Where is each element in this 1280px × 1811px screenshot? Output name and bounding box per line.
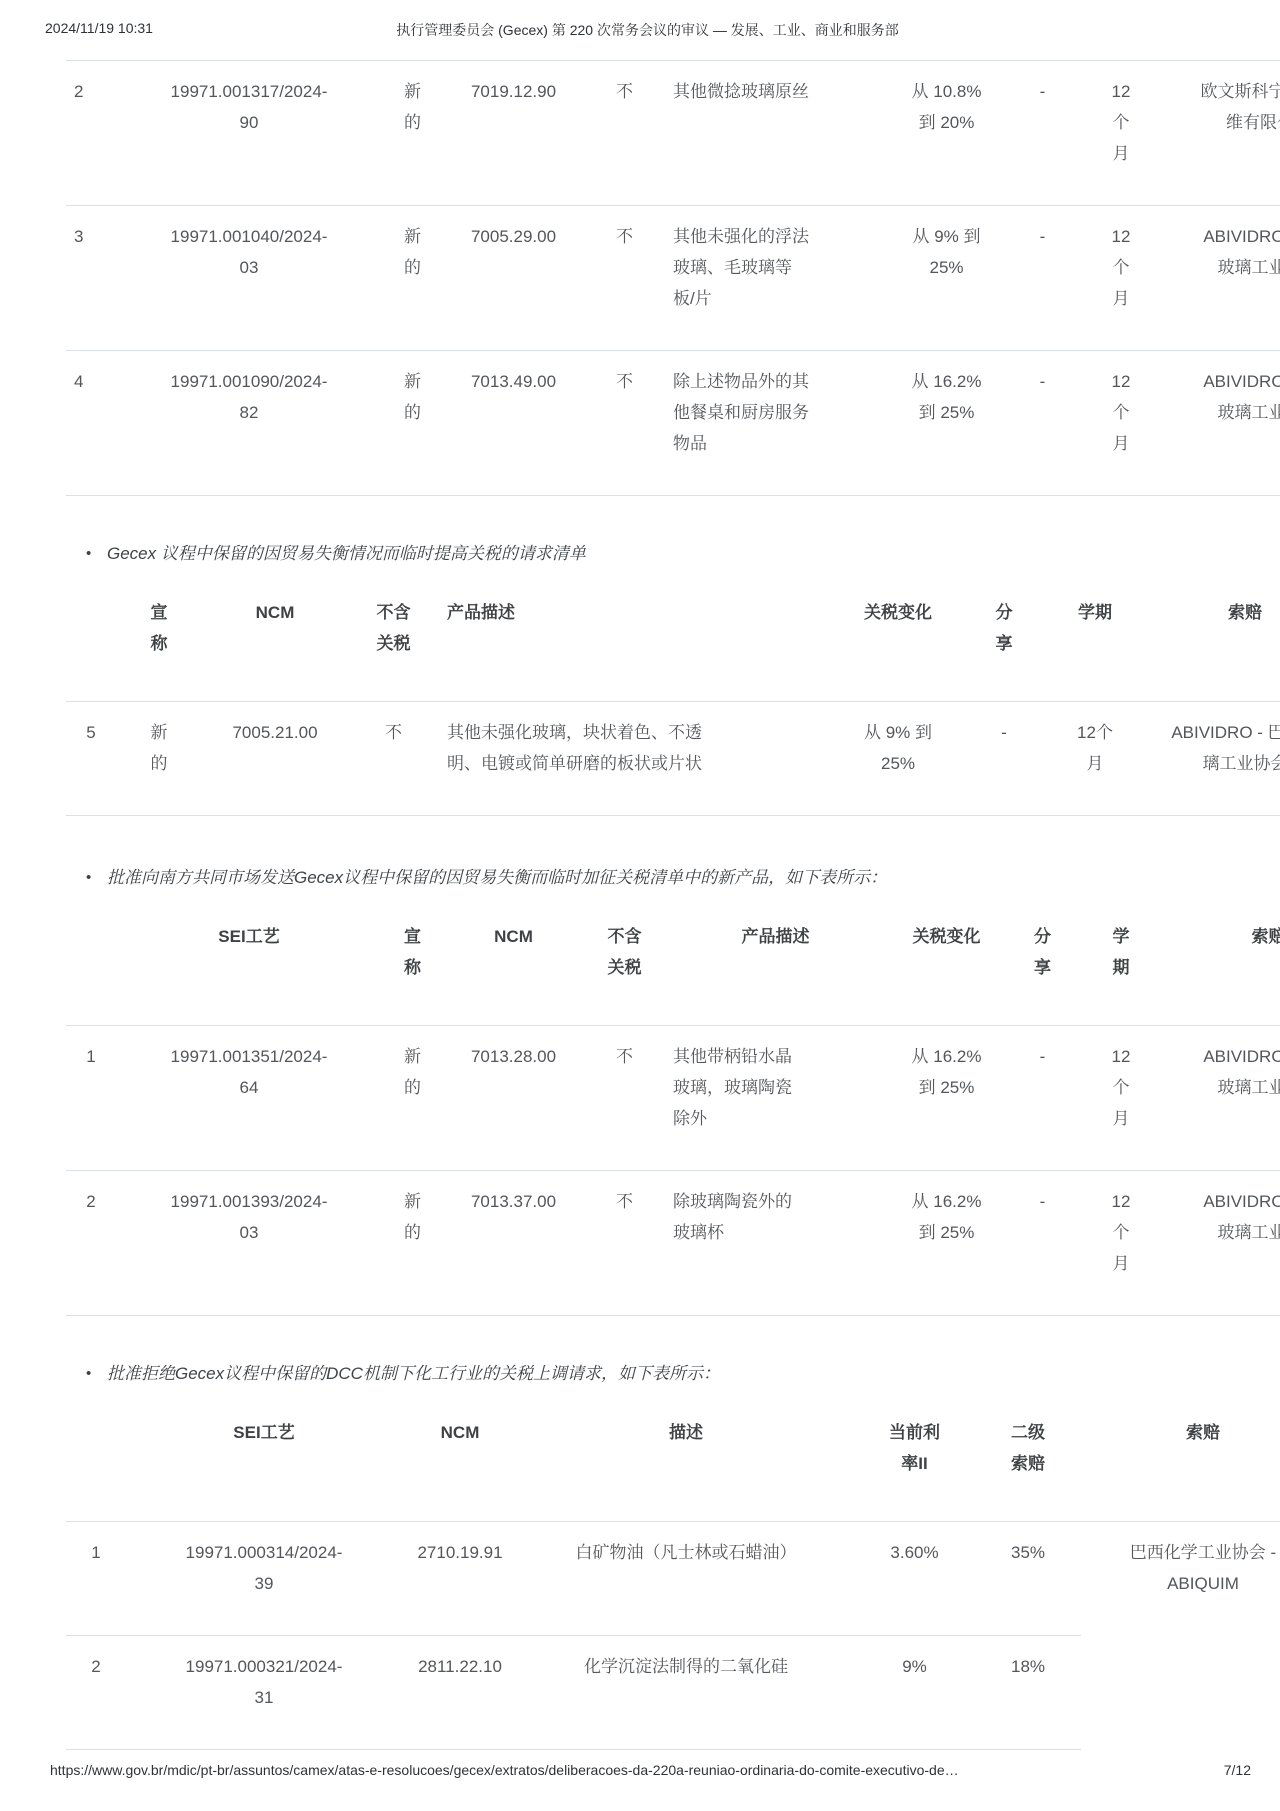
table-cell: 从 16.2% 到 25%	[886, 351, 1007, 496]
column-header: 关税变化	[886, 908, 1007, 1026]
table-cell: 19971.000321/2024- 31	[126, 1636, 402, 1750]
table-cell: 4	[66, 351, 116, 496]
column-header: NCM	[443, 908, 584, 1026]
table-cell: 不	[348, 702, 439, 816]
table-cell: 白矿物油（凡士林或石蜡油）	[518, 1522, 854, 1636]
table-cell: 12 个 月	[1078, 206, 1164, 351]
source-url: https://www.gov.br/mdic/pt-br/assuntos/c…	[50, 1762, 959, 1778]
table-cell: 7013.28.00	[443, 1026, 584, 1171]
table-cell: 19971.001317/2024- 90	[116, 61, 382, 206]
table-cell: 19971.000314/2024- 39	[126, 1522, 402, 1636]
table-cell: 不	[584, 206, 665, 351]
table-cell: 从 9% 到 25%	[845, 702, 951, 816]
table-cell: 欧文斯科宁玻璃纤 维有限公司	[1164, 61, 1280, 206]
table-cell: 1	[66, 1522, 126, 1636]
column-header: 宣 称	[116, 584, 202, 702]
column-header: 不含 关税	[584, 908, 665, 1026]
table-cell: 7005.29.00	[443, 206, 584, 351]
bullet-item: • Gecex 议程中保留的因贸易失衡情况而临时提高关税的请求清单	[66, 540, 1213, 568]
table-cell: 7005.21.00	[202, 702, 348, 816]
table-row: 219971.001317/2024- 90新 的7019.12.90不其他微捻…	[66, 61, 1280, 206]
column-header: 索赔	[1133, 584, 1280, 702]
table-cell: ABIVIDRO - 巴西 玻璃工业协会	[1164, 351, 1280, 496]
column-header: 索赔	[1081, 1404, 1280, 1522]
table-cell: 巴西化学工业协会 - ABIQUIM	[1081, 1522, 1280, 1750]
table-cell: 化学沉淀法制得的二氧化硅	[518, 1636, 854, 1750]
table-cell: 不	[584, 1026, 665, 1171]
table-cell: 从 10.8% 到 20%	[886, 61, 1007, 206]
table-cell: 不	[584, 61, 665, 206]
column-header: 宣 称	[382, 908, 443, 1026]
table-cell: ABIVIDRO - 巴西 玻璃工业协会	[1164, 1026, 1280, 1171]
column-header: 学 期	[1078, 908, 1164, 1026]
table-cell: 7013.49.00	[443, 351, 584, 496]
table-cell: -	[1007, 61, 1078, 206]
header-row: SEI工艺NCM描述当前利 率II二级 索赔索赔	[66, 1404, 1280, 1522]
column-header: SEI工艺	[116, 908, 382, 1026]
table-cell: 12个 月	[1057, 702, 1133, 816]
table-cell: 1	[66, 1026, 116, 1171]
table-cell: 新 的	[382, 351, 443, 496]
table-cell: 18%	[975, 1636, 1081, 1750]
table-cell: 19971.001393/2024- 03	[116, 1171, 382, 1316]
table-cell: 新 的	[382, 206, 443, 351]
table-cell: 19971.001351/2024- 64	[116, 1026, 382, 1171]
column-header	[66, 1404, 126, 1522]
table-cell: 2	[66, 61, 116, 206]
table-row: 419971.001090/2024- 82新 的7013.49.00不除上述物…	[66, 351, 1280, 496]
header-row: 宣 称NCM不含 关税产品描述关税变化分 享学期索赔	[66, 584, 1280, 702]
column-header: 关税变化	[845, 584, 951, 702]
column-header: SEI工艺	[126, 1404, 402, 1522]
print-datetime: 2024/11/19 10:31	[45, 20, 153, 36]
table-cell: 5	[66, 702, 116, 816]
document-content: 219971.001317/2024- 90新 的7019.12.90不其他微捻…	[66, 60, 1213, 1750]
print-header: 2024/11/19 10:31 执行管理委员会 (Gecex) 第 220 次…	[45, 20, 1250, 42]
table-cell: 2	[66, 1171, 116, 1316]
table-trade-imbalance-temporary-increase-list: 宣 称NCM不含 关税产品描述关税变化分 享学期索赔5新 的7005.21.00…	[66, 584, 1280, 816]
table-cell: 12 个 月	[1078, 61, 1164, 206]
column-header: 分 享	[1007, 908, 1078, 1026]
print-footer: https://www.gov.br/mdic/pt-br/assuntos/c…	[50, 1762, 1251, 1778]
column-header: 二级 索赔	[975, 1404, 1081, 1522]
table-cell: 新 的	[382, 1026, 443, 1171]
column-header: 产品描述	[665, 908, 886, 1026]
table-cell: -	[1007, 1026, 1078, 1171]
table-cell: 12 个 月	[1078, 351, 1164, 496]
table-cell: 12 个 月	[1078, 1026, 1164, 1171]
column-header: 当前利 率II	[854, 1404, 975, 1522]
header-row: SEI工艺宣 称NCM不含 关税产品描述关税变化分 享学 期索赔	[66, 908, 1280, 1026]
column-header: NCM	[202, 584, 348, 702]
column-header	[66, 908, 116, 1026]
table-cell: 12 个 月	[1078, 1171, 1164, 1316]
bullet-item: • 批准拒绝Gecex议程中保留的DCC机制下化工行业的关税上调请求，如下表所示…	[66, 1360, 1213, 1388]
table-cell: 2811.22.10	[402, 1636, 518, 1750]
table-row: 5新 的7005.21.00不其他未强化玻璃，块状着色、不透 明、电镀或简单研磨…	[66, 702, 1280, 816]
table-cell: 3.60%	[854, 1522, 975, 1636]
table-cell: 不	[584, 351, 665, 496]
table-cell: 其他带柄铅水晶 玻璃，玻璃陶瓷 除外	[665, 1026, 886, 1171]
column-header: 产品描述	[439, 584, 845, 702]
table-cell: 从 16.2% 到 25%	[886, 1171, 1007, 1316]
table-cell: ABIVIDRO - 巴西玻 璃工业协会	[1133, 702, 1280, 816]
table-cell: -	[951, 702, 1057, 816]
table-cell: 其他未强化的浮法 玻璃、毛玻璃等 板/片	[665, 206, 886, 351]
table-row: 319971.001040/2024- 03新 的7005.29.00不其他未强…	[66, 206, 1280, 351]
column-header: 不含 关税	[348, 584, 439, 702]
table-cell: -	[1007, 206, 1078, 351]
column-header: 分 享	[951, 584, 1057, 702]
column-header	[66, 584, 116, 702]
table-cell: -	[1007, 1171, 1078, 1316]
table-cell: 其他微捻玻璃原丝	[665, 61, 886, 206]
column-header: 学期	[1057, 584, 1133, 702]
table-cell: ABIVIDRO - 巴西 玻璃工业协会	[1164, 206, 1280, 351]
bullet-text: 批准向南方共同市场发送Gecex议程中保留的因贸易失衡而临时加征关税清单中的新产…	[107, 864, 887, 892]
table-cell: -	[1007, 351, 1078, 496]
table-cell: 3	[66, 206, 116, 351]
table-cell: 19971.001090/2024- 82	[116, 351, 382, 496]
table-cell: 新 的	[116, 702, 202, 816]
table-cell: 从 16.2% 到 25%	[886, 1026, 1007, 1171]
bullet-text: 批准拒绝Gecex议程中保留的DCC机制下化工行业的关税上调请求，如下表所示：	[107, 1360, 720, 1388]
page-title: 执行管理委员会 (Gecex) 第 220 次常务会议的审议 — 发展、工业、商…	[396, 20, 898, 40]
table-tariff-increase-requests-continued: 219971.001317/2024- 90新 的7019.12.90不其他微捻…	[66, 60, 1280, 496]
table-row: 219971.001393/2024- 03新 的7013.37.00不除玻璃陶…	[66, 1171, 1280, 1316]
column-header: NCM	[402, 1404, 518, 1522]
bullet-marker-icon: •	[86, 1360, 98, 1388]
bullet-item: • 批准向南方共同市场发送Gecex议程中保留的因贸易失衡而临时加征关税清单中的…	[66, 864, 1213, 892]
table-cell: 除玻璃陶瓷外的 玻璃杯	[665, 1171, 886, 1316]
column-header: 描述	[518, 1404, 854, 1522]
bullet-marker-icon: •	[86, 864, 98, 892]
table-cell: 不	[584, 1171, 665, 1316]
bullet-text: Gecex 议程中保留的因贸易失衡情况而临时提高关税的请求清单	[107, 540, 586, 568]
printed-document-page: { "header": { "datetime": "2024/11/19 10…	[0, 0, 1280, 1811]
table-mercosur-new-products-list: SEI工艺宣 称NCM不含 关税产品描述关税变化分 享学 期索赔119971.0…	[66, 908, 1280, 1316]
table-cell: 19971.001040/2024- 03	[116, 206, 382, 351]
table-cell: 其他未强化玻璃，块状着色、不透 明、电镀或简单研磨的板状或片状	[439, 702, 845, 816]
table-cell: 9%	[854, 1636, 975, 1750]
table-cell: 除上述物品外的其 他餐桌和厨房服务 物品	[665, 351, 886, 496]
column-header: 索赔	[1164, 908, 1280, 1026]
page-number: 7/12	[1224, 1762, 1251, 1778]
table-cell: 7013.37.00	[443, 1171, 584, 1316]
table-cell: 从 9% 到 25%	[886, 206, 1007, 351]
table-row: 119971.000314/2024- 392710.19.91白矿物油（凡士林…	[66, 1522, 1280, 1636]
table-cell: 新 的	[382, 61, 443, 206]
table-dcc-chemical-tariff-rejections: SEI工艺NCM描述当前利 率II二级 索赔索赔119971.000314/20…	[66, 1404, 1280, 1750]
table-cell: 2	[66, 1636, 126, 1750]
table-cell: 7019.12.90	[443, 61, 584, 206]
table-row: 119971.001351/2024- 64新 的7013.28.00不其他带柄…	[66, 1026, 1280, 1171]
table-cell: 新 的	[382, 1171, 443, 1316]
table-cell: ABIVIDRO - 巴西 玻璃工业协会	[1164, 1171, 1280, 1316]
table-cell: 2710.19.91	[402, 1522, 518, 1636]
table-cell: 35%	[975, 1522, 1081, 1636]
bullet-marker-icon: •	[86, 540, 98, 568]
